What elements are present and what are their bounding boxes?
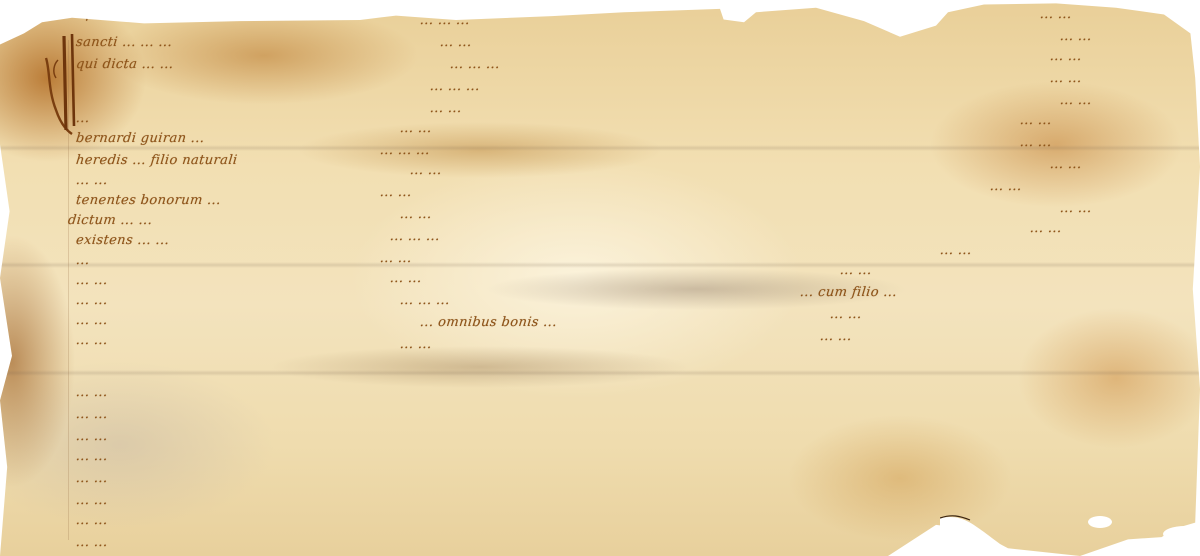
text-line: ... ... ... (429, 80, 480, 93)
text-line: ... cum filio ... (799, 286, 897, 299)
text-line: ... ... (75, 450, 108, 463)
tear-shape-icon (940, 512, 1200, 556)
text-line: ... ... (75, 408, 108, 421)
text-line: ... ... (379, 252, 412, 265)
text-line: ... ... ... (419, 14, 470, 27)
text-line: ... ... (75, 514, 108, 527)
text-line: ... ... (839, 264, 872, 277)
text-line: ... ... (1059, 94, 1092, 107)
fold-line (0, 370, 1200, 376)
text-line: ... ... (409, 164, 442, 177)
text-line: ... ... (1049, 158, 1082, 171)
text-line: ... ... ... (399, 294, 450, 307)
text-line: qui dicta ... ... (75, 58, 174, 71)
text-line: ... ... (75, 334, 108, 347)
text-line: ... ... (75, 386, 108, 399)
text-line: ... ... (75, 174, 108, 187)
text-line: ... ... (75, 274, 108, 287)
text-line: ... ... (1049, 72, 1082, 85)
text-line: ... ... (399, 122, 432, 135)
text-line: ... (75, 112, 90, 125)
text-line: ... ... (75, 472, 108, 485)
text-line: ... ... ... (389, 230, 440, 243)
text-line: ... ... (819, 330, 852, 343)
fold-line (0, 262, 1200, 268)
text-line: ... ... (75, 494, 108, 507)
text-line: ... ... (389, 272, 422, 285)
text-line: ... ... (379, 186, 412, 199)
text-line: ... ... (439, 36, 472, 49)
text-line: ... ... ... (449, 58, 500, 71)
text-line: tenentes bonorum ... (75, 194, 221, 207)
text-line: ... (75, 254, 90, 267)
text-line: ... ... (939, 244, 972, 257)
text-line: ... omnibus bonis ... (419, 316, 557, 329)
text-line: ... ... (75, 536, 108, 549)
text-line: ... ... (75, 314, 108, 327)
text-line: ... ... (75, 430, 108, 443)
text-line: ... ... (399, 338, 432, 351)
text-line: ... ... (829, 308, 862, 321)
text-line: ... ... (1059, 202, 1092, 215)
text-line: ... ... (1029, 222, 1062, 235)
text-line: ... ... (1039, 8, 1072, 21)
text-line: ... ... ... (379, 144, 430, 157)
text-line: ... ... (75, 294, 108, 307)
text-line: heredis ... filio naturali (75, 154, 238, 167)
text-line: ... ... (429, 102, 462, 115)
text-line: ... ... (1059, 30, 1092, 43)
text-line: ... ... (989, 180, 1022, 193)
text-line: bernardi guiran ... (75, 132, 205, 145)
text-line: sancti ... ... ... (75, 36, 173, 49)
text-line: existens ... ... (75, 234, 170, 247)
text-line: ... ... (1019, 114, 1052, 127)
parchment-sheet: possid... ... ... sancti ... ... ... qui… (0, 0, 1200, 556)
text-line: ... ... (1019, 136, 1052, 149)
text-line: dictum ... ... (67, 214, 153, 227)
text-line: ... ... (1049, 50, 1082, 63)
text-line: possid... ... ... (85, 8, 181, 21)
text-line: ... ... (399, 208, 432, 221)
